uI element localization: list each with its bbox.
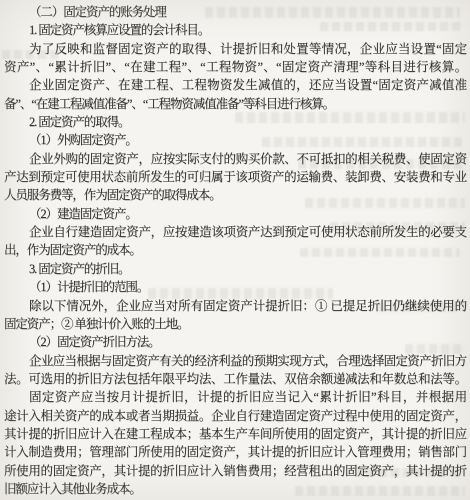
text-line: 企业应当根据与固定资产有关的经济利益的预期实现方式，合理选择固定资产折旧方 bbox=[4, 352, 466, 370]
text-line: 备”、“在建工程减值准备”、“工程物资减值准备”等科目进行核算。 bbox=[4, 95, 466, 113]
text-line: （2）固定资产折旧方法。 bbox=[4, 333, 466, 351]
text-line: 2. 固定资产的取得。 bbox=[4, 113, 466, 131]
text-line: （1）外购固定资产。 bbox=[4, 131, 466, 149]
text-line: 企业固定资产、在建工程、工程物资发生减值的，还应当设置“固定资产减值准 bbox=[4, 76, 466, 94]
text-line: 企业外购的固定资产，应按实际支付的购买价款、不可抵扣的相关税费、使固定资 bbox=[4, 150, 466, 168]
text-line: 企业自行建造固定资产，应按建造该项资产达到预定可使用状态前所发生的必要支 bbox=[4, 223, 466, 241]
text-line: 法。可选用的折旧方法包括年限平均法、工作量法、双倍余额递减法和年数总和法等。 bbox=[4, 370, 466, 388]
text-line: 所使用的固定资产，其计提的折旧应计入销售费用；经营租出的固定资产，其计提的折 bbox=[4, 462, 466, 480]
text-line: 除以下情况外，企业应当对所有固定资产计提折旧：① 已提足折旧仍继续使用的 bbox=[4, 297, 466, 315]
book-page: （二）固定资产的账务处理1. 固定资产核算应设置的会计科目。为了反映和监督固定资… bbox=[0, 0, 470, 500]
text-line: （2）建造固定资产。 bbox=[4, 205, 466, 223]
text-line: 1. 固定资产核算应设置的会计科目。 bbox=[4, 21, 466, 39]
text-line: 固定资产；② 单独计价入账的土地。 bbox=[4, 315, 466, 333]
text-line: 3. 固定资产的折旧。 bbox=[4, 260, 466, 278]
text-line: 旧额应计入其他业务成本。 bbox=[4, 480, 466, 498]
text-line: 人员服务费等，作为固定资产的取得成本。 bbox=[4, 186, 466, 204]
text-line: 为了反映和监督固定资产的取得、计提折旧和处置等情况，企业应当设置“固定 bbox=[4, 40, 466, 58]
text-line: 途计入相关资产的成本或者当期损益。企业自行建造固定资产过程中使用的固定资产， bbox=[4, 407, 466, 425]
text-line: 固定资产应当按月计提折旧，计提的折旧应当记入“累计折旧”科目，并根据用 bbox=[4, 388, 466, 406]
text-line: 其计提的折旧应计入在建工程成本；基本生产车间所使用的固定资产，其计提的折旧应 bbox=[4, 425, 466, 443]
text-line: （二）固定资产的账务处理 bbox=[4, 3, 466, 21]
text-line: 计入制造费用；管理部门所使用的固定资产，其计提的折旧应计入管理费用；销售部门 bbox=[4, 443, 466, 461]
document-text: （二）固定资产的账务处理1. 固定资产核算应设置的会计科目。为了反映和监督固定资… bbox=[4, 3, 466, 498]
text-line: （1）计提折旧的范围。 bbox=[4, 278, 466, 296]
text-line: 产达到预定可使用状态前所发生的可归属于该项资产的运输费、装卸费、安装费和专业 bbox=[4, 168, 466, 186]
text-line: 出，作为固定资产的成本。 bbox=[4, 241, 466, 259]
text-line: 资产”、“累计折旧”、“在建工程”、“工程物资”、“固定资产清理”等科目进行核算… bbox=[4, 58, 466, 76]
